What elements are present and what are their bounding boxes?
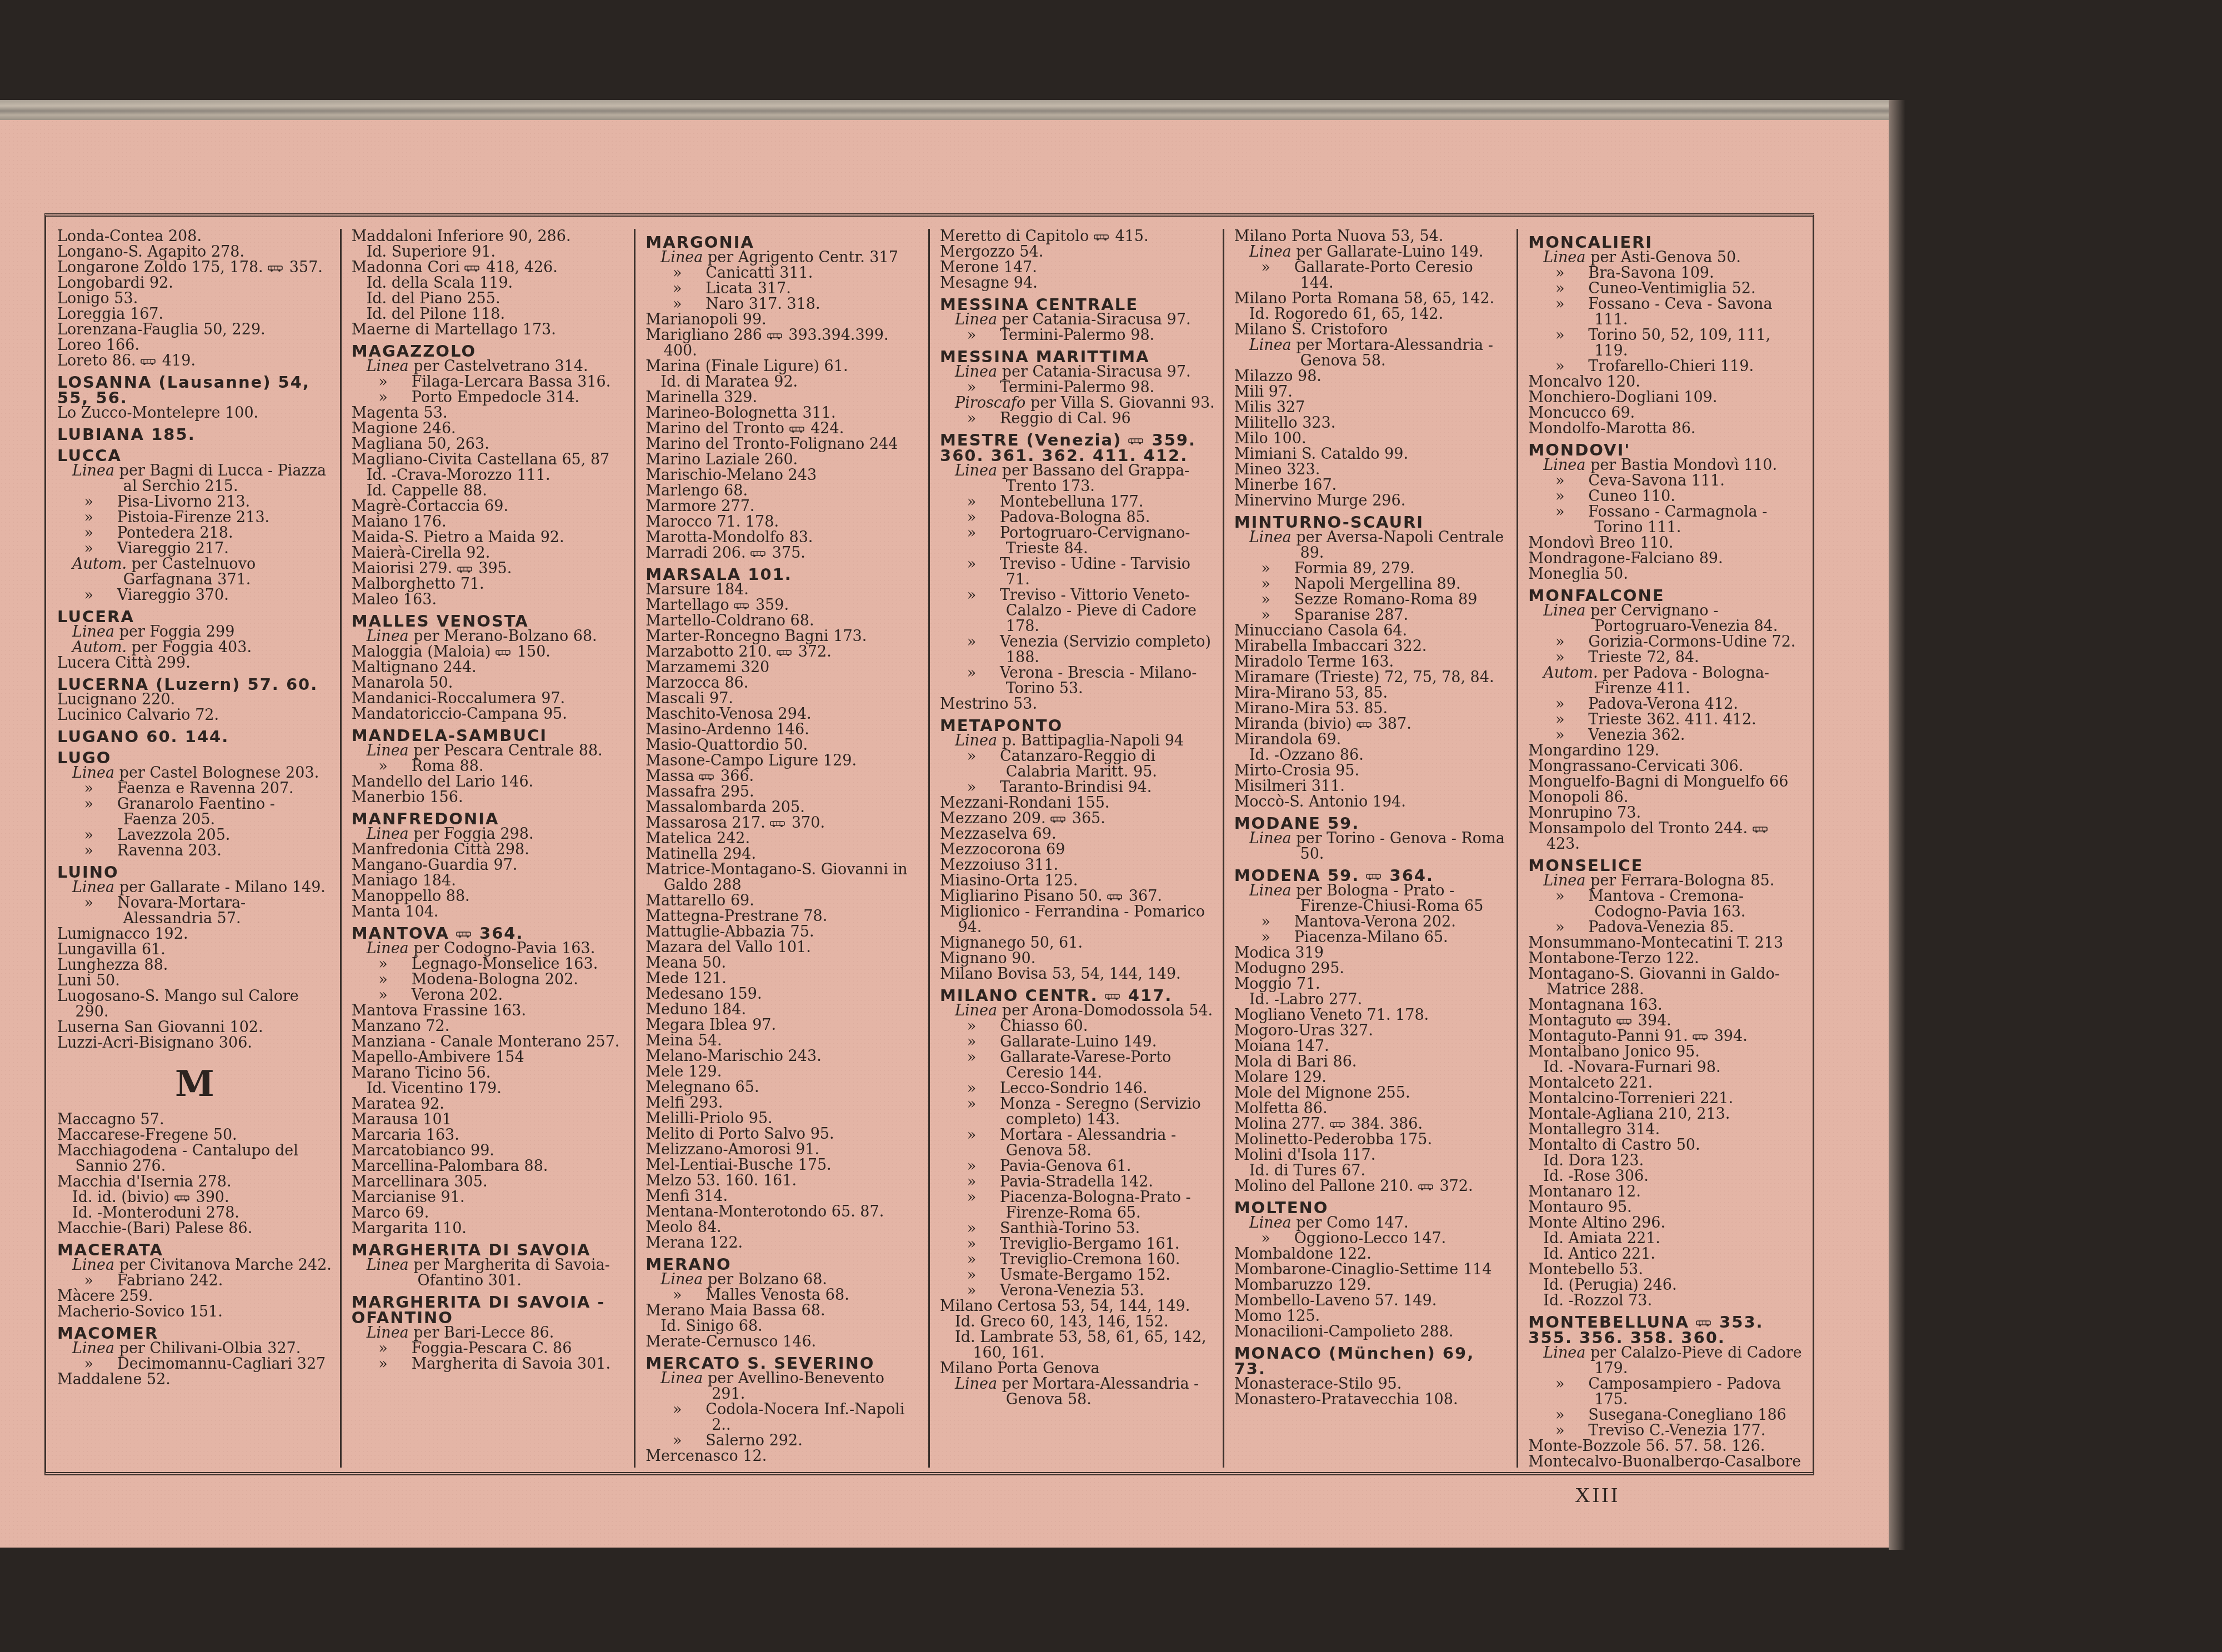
station-entry: Minervino Murge 296. xyxy=(1234,493,1509,509)
station-entry: Mondragone-Falciano 89. xyxy=(1528,551,1803,567)
station-entry: Melzo 53. 160. 161. xyxy=(645,1173,920,1189)
station-entry: Maccagno 57. xyxy=(57,1112,332,1128)
entry-label: Linea xyxy=(1249,243,1297,261)
entry-label: Linea xyxy=(660,1370,708,1387)
ditto-mark-icon: » xyxy=(378,374,411,390)
station-entry: Mondovì Breo 110. xyxy=(1528,535,1803,551)
station-entry: Marcianise 91. xyxy=(352,1190,627,1205)
ditto-mark-icon: » xyxy=(967,1174,1000,1190)
station-entry: Milano Porta Genova xyxy=(940,1361,1215,1376)
sub-line-entry: »Faenza e Ravenna 207. xyxy=(57,781,332,797)
station-entry: Madonna Cori 418, 426. xyxy=(352,260,627,276)
line-entry: Linea per Agrigento Centr. 317 xyxy=(645,250,920,266)
sub-line-entry: »Trieste 362. 411. 412. xyxy=(1528,712,1803,728)
station-entry: Margarita 110. xyxy=(352,1221,627,1237)
sub-line-entry: »Santhià-Torino 53. xyxy=(940,1221,1215,1237)
bus-icon xyxy=(789,420,806,437)
station-entry: Marino del Tronto-Folignano 244 xyxy=(645,437,920,452)
bus-icon xyxy=(1128,430,1145,449)
station-entry: Monopoli 86. xyxy=(1528,790,1803,805)
station-entry: Loreo 166. xyxy=(57,338,332,353)
ditto-mark-icon: » xyxy=(84,541,117,557)
station-entry: Mombaruzzo 129. xyxy=(1234,1278,1509,1293)
ditto-mark-icon: » xyxy=(84,510,117,525)
entry-label: Linea xyxy=(72,879,119,896)
ditto-mark-icon: » xyxy=(84,781,117,797)
sub-line-entry: »Padova-Verona 412. xyxy=(1528,697,1803,712)
station-entry: Miradolo Terme 163. xyxy=(1234,654,1509,670)
station-heading: MERANO xyxy=(645,1256,920,1272)
station-entry: Mongardino 129. xyxy=(1528,743,1803,759)
station-entry: Miglionico - Ferrandina - Pomarico 94. xyxy=(940,904,1215,935)
line-entry: Linea per Pescara Centrale 88. xyxy=(352,743,627,759)
line-entry: Linea per Gallarate-Luino 149. xyxy=(1234,244,1509,260)
station-entry: Mirano-Mira 53. 85. xyxy=(1234,701,1509,717)
station-entry: Id. di Maratea 92. xyxy=(645,374,920,390)
sub-line-entry: »Usmate-Bergamo 152. xyxy=(940,1268,1215,1283)
station-entry: Maiano 176. xyxy=(352,514,627,530)
station-entry: Molinetto-Pederobba 175. xyxy=(1234,1132,1509,1148)
station-entry: Meina 54. xyxy=(645,1033,920,1049)
sub-line-entry: »Piacenza-Milano 65. xyxy=(1234,930,1509,945)
index-column-2: Maddaloni Inferiore 90, 286.Id. Superior… xyxy=(342,229,636,1468)
station-entry: Macchie-(Bari) Palese 86. xyxy=(57,1221,332,1237)
station-entry: Marter-Roncegno Bagni 173. xyxy=(645,629,920,644)
station-entry: Miasino-Orta 125. xyxy=(940,873,1215,889)
sub-line-entry: »Fossano - Ceva - Savona 111. xyxy=(1528,297,1803,328)
line-entry: Autom. per Castelnuovo Garfagnana 371. xyxy=(57,557,332,588)
station-entry: Mirabella Imbaccari 322. xyxy=(1234,639,1509,654)
station-heading: MERCATO S. SEVERINO xyxy=(645,1355,920,1371)
entry-label: Linea xyxy=(367,742,414,759)
sub-line-entry: »Formia 89, 279. xyxy=(1234,561,1509,577)
station-entry: Manoppello 88. xyxy=(352,889,627,904)
sub-line-entry: »Mantova-Verona 202. xyxy=(1234,914,1509,930)
ditto-mark-icon: » xyxy=(967,1283,1000,1299)
station-entry: Id. Lambrate 53, 58, 61, 65, 142, 160, 1… xyxy=(940,1330,1215,1361)
station-entry: Militello 323. xyxy=(1234,415,1509,431)
station-entry: Marzocca 86. xyxy=(645,675,920,691)
station-entry: Id. -Monteroduni 278. xyxy=(57,1205,332,1221)
sub-line-entry: »Foggia-Pescara C. 86 xyxy=(352,1341,627,1356)
station-entry: Marigliano 286 393.394.399. 400. xyxy=(645,328,920,359)
station-heading: MESSINA MARITTIMA xyxy=(940,349,1215,364)
bus-icon xyxy=(1693,1028,1709,1045)
station-entry: Marausa 101 xyxy=(352,1112,627,1128)
station-entry: Mattegna-Prestrane 78. xyxy=(645,909,920,924)
station-entry: Manfredonia Città 298. xyxy=(352,842,627,858)
station-entry: Id. del Piano 255. xyxy=(352,291,627,307)
sub-line-entry: »Mortara - Alessandria - Genova 58. xyxy=(940,1128,1215,1159)
ditto-mark-icon: » xyxy=(84,525,117,541)
station-entry: Matinella 294. xyxy=(645,847,920,862)
ditto-mark-icon: » xyxy=(1555,297,1588,312)
station-entry: Montanaro 12. xyxy=(1528,1184,1803,1200)
station-entry: Marzabotto 210. 372. xyxy=(645,644,920,660)
entry-label: Linea xyxy=(1249,882,1297,899)
station-heading: MODANE 59. xyxy=(1234,815,1509,831)
station-entry: Megara Iblea 97. xyxy=(645,1018,920,1033)
station-entry: Maniago 184. xyxy=(352,873,627,889)
station-entry: Marcellina-Palombara 88. xyxy=(352,1159,627,1174)
sub-line-entry: »Canicattì 311. xyxy=(645,266,920,281)
entry-label: Linea xyxy=(72,1256,119,1274)
entry-label: Linea xyxy=(1249,529,1297,546)
sub-line-entry: »Reggio di Cal. 96 xyxy=(940,411,1215,427)
sub-line-entry: »Legnago-Monselice 163. xyxy=(352,957,627,972)
line-entry: Linea per Civitanova Marche 242. xyxy=(57,1258,332,1273)
station-entry: Mezzaselva 69. xyxy=(940,827,1215,842)
station-heading: METAPONTO xyxy=(940,718,1215,733)
ditto-mark-icon: » xyxy=(1555,266,1588,281)
station-entry: Id. Vicentino 179. xyxy=(352,1081,627,1097)
ditto-mark-icon: » xyxy=(1555,728,1588,743)
ditto-mark-icon: » xyxy=(1261,1231,1294,1246)
station-entry: Mel-Lentiai-Busche 175. xyxy=(645,1158,920,1173)
ditto-mark-icon: » xyxy=(84,843,117,859)
entry-label: Autom. xyxy=(72,555,132,573)
station-entry: Monsummano-Montecatini T. 213 xyxy=(1528,935,1803,951)
ditto-mark-icon: » xyxy=(1555,634,1588,650)
station-entry: Monastero-Pratavecchia 108. xyxy=(1234,1392,1509,1408)
ditto-mark-icon: » xyxy=(1555,281,1588,297)
station-entry: Macchia d'Isernia 278. xyxy=(57,1174,332,1190)
ditto-mark-icon: » xyxy=(378,957,411,972)
station-entry: Mantova Frassine 163. xyxy=(352,1003,627,1019)
station-entry: Lo Zucco-Montelepre 100. xyxy=(57,406,332,421)
station-entry: Maierà-Cirella 92. xyxy=(352,545,627,561)
bus-icon xyxy=(767,327,784,344)
station-entry: Montaguto-Panni 91. 394. xyxy=(1528,1029,1803,1044)
station-entry: Mercenasco 12. xyxy=(645,1449,920,1464)
entry-label: Linea xyxy=(1249,830,1297,847)
sub-line-entry: »Sezze Romano-Roma 89 xyxy=(1234,592,1509,608)
station-entry: Id. -Rose 306. xyxy=(1528,1169,1803,1184)
ditto-mark-icon: » xyxy=(967,1019,1000,1034)
ditto-mark-icon: » xyxy=(967,557,1000,572)
line-entry: Linea per Merano-Bolzano 68. xyxy=(352,629,627,644)
station-entry: Massafra 295. xyxy=(645,784,920,800)
station-entry: Marmore 277. xyxy=(645,499,920,514)
ditto-mark-icon: » xyxy=(967,634,1000,650)
station-entry: Merate-Cernusco 146. xyxy=(645,1334,920,1350)
index-column-5: Milano Porta Nuova 53, 54.Linea per Gall… xyxy=(1224,229,1519,1468)
bus-icon xyxy=(1107,888,1124,905)
station-entry: Londa-Contea 208. xyxy=(57,229,332,244)
station-entry: Mede 121. xyxy=(645,971,920,987)
sub-line-entry: »Termini-Palermo 98. xyxy=(940,380,1215,396)
ditto-mark-icon: » xyxy=(967,1081,1000,1097)
sub-line-entry: »Lecco-Sondrio 146. xyxy=(940,1081,1215,1097)
ditto-mark-icon: » xyxy=(84,1273,117,1289)
station-entry: Id. -Ozzano 86. xyxy=(1234,748,1509,763)
station-heading: MACERATA xyxy=(57,1242,332,1258)
sub-line-entry: »Viareggio 370. xyxy=(57,588,332,603)
station-entry: Id. Amiata 221. xyxy=(1528,1231,1803,1246)
station-entry: Maltignano 244. xyxy=(352,660,627,675)
station-entry: Medesano 159. xyxy=(645,987,920,1002)
line-entry: Linea per Codogno-Pavia 163. xyxy=(352,941,627,957)
ditto-mark-icon: » xyxy=(967,1190,1000,1205)
station-entry: Montagano-S. Giovanni in Galdo-Matrice 2… xyxy=(1528,967,1803,998)
station-entry: Manziana - Canale Monterano 257. xyxy=(352,1034,627,1050)
ditto-mark-icon: » xyxy=(1555,650,1588,665)
sub-line-entry: »Mantova - Cremona-Codogno-Pavia 163. xyxy=(1528,889,1803,920)
line-entry: Linea per Cervignano - Portogruaro-Venez… xyxy=(1528,603,1803,634)
sub-line-entry: »Fossano - Carmagnola - Torino 111. xyxy=(1528,504,1803,535)
bus-icon xyxy=(1094,229,1110,245)
station-entry: Montagnana 163. xyxy=(1528,998,1803,1013)
sub-line-entry: »Pistoia-Firenze 213. xyxy=(57,510,332,525)
station-entry: Mandanici-Roccalumera 97. xyxy=(352,691,627,707)
station-entry: Milano Porta Nuova 53, 54. xyxy=(1234,229,1509,244)
station-entry: Minerbe 167. xyxy=(1234,478,1509,493)
ditto-mark-icon: » xyxy=(84,797,117,812)
sub-line-entry: »Filaga-Lercara Bassa 316. xyxy=(352,374,627,390)
station-entry: Mira-Mirano 53, 85. xyxy=(1234,685,1509,701)
station-heading: LOSANNA (Lausanne) 54, 55, 56. xyxy=(57,374,332,406)
station-heading: MANTOVA 364. xyxy=(352,925,627,941)
ditto-mark-icon: » xyxy=(84,828,117,843)
station-entry: Merone 147. xyxy=(940,260,1215,276)
ditto-mark-icon: » xyxy=(967,1221,1000,1237)
station-entry: Molfetta 86. xyxy=(1234,1101,1509,1117)
station-entry: Marcellinara 305. xyxy=(352,1174,627,1190)
station-entry: Montale-Agliana 210, 213. xyxy=(1528,1107,1803,1122)
station-entry: Mattarello 69. xyxy=(645,893,920,909)
station-heading: MARGHERITA DI SAVOIA xyxy=(352,1242,627,1258)
station-entry: Marinella 329. xyxy=(645,390,920,406)
ditto-mark-icon: » xyxy=(378,972,411,988)
station-entry: Mezzoiuso 311. xyxy=(940,858,1215,873)
line-entry: Linea per Bassano del Grappa-Trento 173. xyxy=(940,463,1215,494)
entry-label: Linea xyxy=(660,1271,708,1288)
station-entry: Luogosano-S. Mango sul Calore 290. xyxy=(57,989,332,1020)
ditto-mark-icon: » xyxy=(1555,473,1588,489)
station-entry: Marlengo 68. xyxy=(645,483,920,499)
line-entry: Linea per Mortara-Alessandria -Genova 58… xyxy=(940,1376,1215,1408)
sub-line-entry: »Gallarate-Luino 149. xyxy=(940,1034,1215,1050)
station-entry: Mole del Mignone 255. xyxy=(1234,1085,1509,1101)
station-heading: MONFALCONE xyxy=(1528,588,1803,603)
station-entry: Minucciano Casola 64. xyxy=(1234,623,1509,639)
station-entry: Lumignacco 192. xyxy=(57,927,332,942)
station-entry: Mestrino 53. xyxy=(940,697,1215,712)
sub-line-entry: »Termini-Palermo 98. xyxy=(940,328,1215,343)
line-entry: Linea per Foggia 299 xyxy=(57,624,332,640)
station-entry: Mirandola 69. xyxy=(1234,732,1509,748)
ditto-mark-icon: » xyxy=(967,510,1000,525)
sub-line-entry: »Padova-Bologna 85. xyxy=(940,510,1215,525)
bus-icon xyxy=(1357,715,1373,733)
bus-icon xyxy=(174,1189,191,1206)
station-entry: Maddaloni Inferiore 90, 286. xyxy=(352,229,627,244)
sub-line-entry: »Pisa-Livorno 213. xyxy=(57,494,332,510)
station-entry: Mili 97. xyxy=(1234,384,1509,400)
station-entry: Milano S. Cristoforo xyxy=(1234,322,1509,338)
station-heading: MARGONIA xyxy=(645,234,920,250)
entry-label: Piroscafo xyxy=(955,394,1030,412)
sub-line-entry: »Oggiono-Lecco 147. xyxy=(1234,1231,1509,1246)
ditto-mark-icon: » xyxy=(1555,504,1588,520)
sub-line-entry: »Catanzaro-Reggio di Calabria Maritt. 95… xyxy=(940,749,1215,780)
entry-label: Linea xyxy=(955,1002,1002,1019)
station-entry: Lorenzana-Fauglia 50, 229. xyxy=(57,322,332,338)
sub-line-entry: »Camposampiero - Padova 175. xyxy=(1528,1376,1803,1408)
ditto-mark-icon: » xyxy=(1261,914,1294,930)
station-entry: Id. -Crava-Morozzo 111. xyxy=(352,468,627,483)
station-entry: Moncucco 69. xyxy=(1528,406,1803,421)
entry-label: Linea xyxy=(72,623,119,640)
ditto-mark-icon: » xyxy=(1261,608,1294,623)
ditto-mark-icon: » xyxy=(1555,712,1588,728)
station-entry: Milano Certosa 53, 54, 144, 149. xyxy=(940,1299,1215,1314)
station-entry: Manarola 50. xyxy=(352,675,627,691)
ditto-mark-icon: » xyxy=(84,895,117,911)
sub-line-entry: »Treviglio-Bergamo 161. xyxy=(940,1237,1215,1252)
line-entry: Linea per Bari-Lecce 86. xyxy=(352,1325,627,1341)
station-entry: Montauro 95. xyxy=(1528,1200,1803,1215)
station-entry: Melito di Porto Salvo 95. xyxy=(645,1127,920,1142)
station-entry: Modugno 295. xyxy=(1234,961,1509,977)
station-entry: Mignanego 50, 61. xyxy=(940,935,1215,951)
line-entry: Linea per Torino - Genova - Roma 50. xyxy=(1234,831,1509,862)
index-columns: Londa-Contea 208.Longano-S. Agapito 278.… xyxy=(47,229,1811,1468)
station-heading: MAGAZZOLO xyxy=(352,343,627,359)
station-entry: Id. del Pilone 118. xyxy=(352,307,627,322)
station-entry: Loreto 86. 419. xyxy=(57,353,332,369)
station-entry: Id. Superiore 91. xyxy=(352,244,627,260)
station-entry: Massarosa 217. 370. xyxy=(645,815,920,831)
station-entry: Martello-Coldrano 68. xyxy=(645,613,920,629)
station-entry: Maiorisi 279. 395. xyxy=(352,561,627,577)
entry-label: Linea xyxy=(1249,1214,1297,1232)
station-heading: MANDELA-SAMBUCI xyxy=(352,728,627,743)
station-entry: Mattuglie-Abbazia 75. xyxy=(645,924,920,940)
station-entry: Macherio-Sovico 151. xyxy=(57,1304,332,1320)
station-entry: Montalbano Jonico 95. xyxy=(1528,1044,1803,1060)
station-entry: Momo 125. xyxy=(1234,1309,1509,1324)
sub-line-entry: »Susegana-Conegliano 186 xyxy=(1528,1408,1803,1423)
ditto-mark-icon: » xyxy=(1555,1423,1588,1439)
station-entry: Luni 50. xyxy=(57,973,332,989)
sub-line-entry: »Napoli Mergellina 89. xyxy=(1234,577,1509,592)
sub-line-entry: »Torino 50, 52, 109, 111, 119. xyxy=(1528,328,1803,359)
station-entry: Massa 366. xyxy=(645,769,920,784)
station-entry: Màcere 259. xyxy=(57,1289,332,1304)
ditto-mark-icon: » xyxy=(1261,577,1294,592)
station-heading: MODENA 59. 364. xyxy=(1234,868,1509,883)
ditto-mark-icon: » xyxy=(673,281,705,297)
line-entry: Linea per Bolzano 68. xyxy=(645,1272,920,1288)
station-entry: Mandatoriccio-Campana 95. xyxy=(352,707,627,722)
bus-icon xyxy=(734,597,750,614)
line-entry: Linea per Calalzo-Pieve di Cadore 179. xyxy=(1528,1345,1803,1376)
sub-line-entry: »Naro 317. 318. xyxy=(645,297,920,312)
station-entry: Milis 327 xyxy=(1234,400,1509,415)
station-heading: MONCALIERI xyxy=(1528,234,1803,250)
bus-icon xyxy=(1696,1313,1713,1331)
sub-line-entry: »Trofarello-Chieri 119. xyxy=(1528,359,1803,374)
station-entry: Luzzi-Acri-Bisignano 306. xyxy=(57,1035,332,1051)
line-entry: Autom. per Padova - Bologna-Firenze 411. xyxy=(1528,665,1803,697)
sub-line-entry: »Pavia-Genova 61. xyxy=(940,1159,1215,1174)
station-entry: Maerne di Martellago 173. xyxy=(352,322,627,338)
station-entry: Monguelfo-Bagni di Monguelfo 66 xyxy=(1528,774,1803,790)
sub-line-entry: »Fabriano 242. xyxy=(57,1273,332,1289)
ditto-mark-icon: » xyxy=(378,390,411,406)
station-entry: Marotta-Mondolfo 83. xyxy=(645,530,920,545)
station-heading: MONTEBELLUNA 353. 355. 356. 358. 360. xyxy=(1528,1314,1803,1345)
station-entry: Marzamemi 320 xyxy=(645,660,920,675)
entry-label: Linea xyxy=(367,1256,414,1274)
ditto-mark-icon: » xyxy=(673,1433,705,1449)
ditto-mark-icon: » xyxy=(378,1356,411,1372)
station-entry: Mondolfo-Marotta 86. xyxy=(1528,421,1803,437)
station-entry: Marino Laziale 260. xyxy=(645,452,920,468)
station-entry: Meolo 84. xyxy=(645,1220,920,1235)
bus-icon xyxy=(496,643,512,660)
line-entry: Linea per Foggia 298. xyxy=(352,827,627,842)
station-entry: Longobardi 92. xyxy=(57,276,332,291)
line-entry: Linea per Avellino-Benevento 291. xyxy=(645,1371,920,1402)
sub-line-entry: »Gorizia-Cormons-Udine 72. xyxy=(1528,634,1803,650)
sub-line-entry: »Verona 202. xyxy=(352,988,627,1003)
station-entry: Mimiani S. Cataldo 99. xyxy=(1234,447,1509,462)
entry-label: Linea xyxy=(72,1340,119,1357)
index-column-3: MARGONIALinea per Agrigento Centr. 317»C… xyxy=(635,229,930,1468)
station-entry: Mentana-Monterotondo 65. 87. xyxy=(645,1204,920,1220)
station-entry: Mogoro-Uras 327. xyxy=(1234,1023,1509,1039)
station-entry: Id. -Rozzol 73. xyxy=(1528,1293,1803,1309)
station-entry: Mineo 323. xyxy=(1234,462,1509,478)
entry-label: Linea xyxy=(955,462,1002,479)
station-entry: Meana 50. xyxy=(645,955,920,971)
station-entry: Montallegro 314. xyxy=(1528,1122,1803,1138)
ditto-mark-icon: » xyxy=(84,588,117,603)
station-heading: MOLTENO xyxy=(1234,1200,1509,1215)
station-entry: Monacilioni-Campolieto 288. xyxy=(1234,1324,1509,1340)
sub-line-entry: »Codola-Nocera Inf.-Napoli 2.. xyxy=(645,1402,920,1433)
station-entry: Molina 277. 384. 386. xyxy=(1234,1117,1509,1132)
station-entry: Mezzocorona 69 xyxy=(940,842,1215,858)
station-heading: MONACO (München) 69, 73. xyxy=(1234,1345,1509,1376)
ditto-mark-icon: » xyxy=(967,328,1000,343)
station-entry: Masino-Ardenno 146. xyxy=(645,722,920,738)
sub-line-entry: »Decimomannu-Cagliari 327 xyxy=(57,1356,332,1372)
ditto-mark-icon: » xyxy=(378,759,411,774)
ditto-mark-icon: » xyxy=(1261,260,1294,276)
station-entry: Menfi 314. xyxy=(645,1189,920,1204)
index-column-4: Meretto di Capitolo 415.Mergozzo 54.Mero… xyxy=(930,229,1224,1468)
station-entry: Molini d'Isola 117. xyxy=(1234,1148,1509,1163)
ditto-mark-icon: » xyxy=(84,1356,117,1372)
bus-icon xyxy=(268,259,284,276)
bus-icon xyxy=(457,560,474,577)
entry-label: Linea xyxy=(72,462,119,479)
station-heading: LUINO xyxy=(57,864,332,880)
sub-line-entry: »Sparanise 287. xyxy=(1234,608,1509,623)
ditto-mark-icon: » xyxy=(1555,1408,1588,1423)
sub-line-entry: »Modena-Bologna 202. xyxy=(352,972,627,988)
station-entry: Maratea 92. xyxy=(352,1097,627,1112)
page-number: XIII xyxy=(1575,1483,1620,1508)
station-entry: Longarone Zoldo 175, 178. 357. xyxy=(57,260,332,276)
ditto-mark-icon: » xyxy=(967,665,1000,681)
station-heading: MACOMER xyxy=(57,1325,332,1341)
station-entry: Magenta 53. xyxy=(352,406,627,421)
line-entry: Linea per Como 147. xyxy=(1234,1215,1509,1231)
